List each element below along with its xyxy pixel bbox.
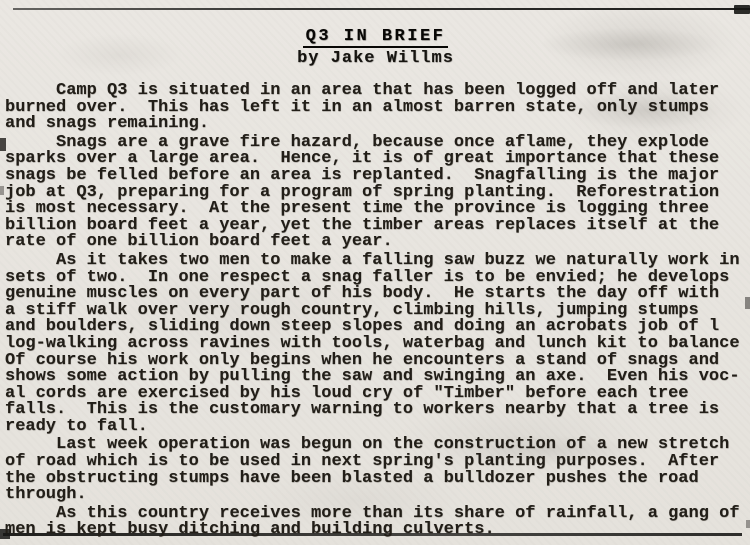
document-title: Q3 IN BRIEF [303, 27, 449, 48]
paragraph-snag-hazard: Snags are a grave fire hazard, because o… [5, 135, 746, 251]
scan-corner-mark-top-right [734, 5, 750, 14]
scan-border-top [13, 8, 750, 10]
scan-edge-mark [746, 520, 750, 528]
document-byline: by Jake Willms [5, 49, 746, 68]
document-content: Q3 IN BRIEF by Jake Willms Camp Q3 is si… [5, 27, 746, 539]
paragraph-road-work: Last week operation was begun on the con… [5, 437, 746, 503]
paragraph-snag-faller: As it takes two men to make a falling sa… [5, 253, 746, 436]
scan-edge-mark [0, 186, 4, 195]
paragraph-camp-intro: Camp Q3 is situated in an area that has … [5, 83, 746, 133]
title-block: Q3 IN BRIEF [5, 27, 746, 48]
paragraph-rainfall: As this country receives more than its s… [5, 506, 746, 539]
document-body: Camp Q3 is situated in an area that has … [5, 83, 746, 539]
scanned-document-page: Q3 IN BRIEF by Jake Willms Camp Q3 is si… [0, 0, 750, 545]
